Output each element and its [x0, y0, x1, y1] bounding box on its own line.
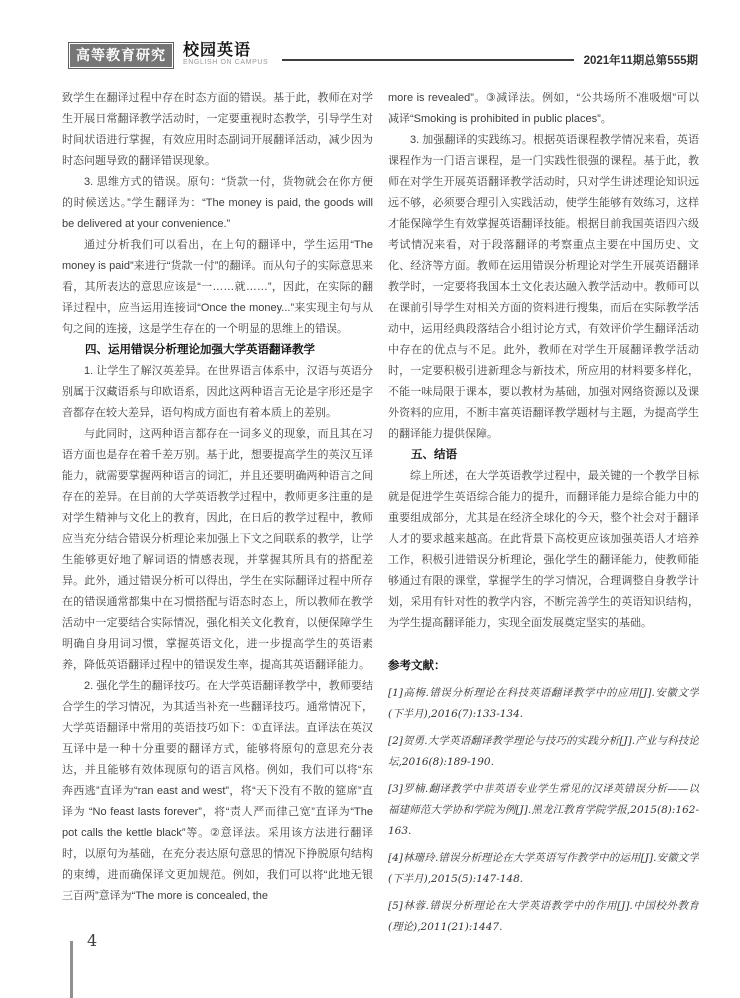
article-body: 致学生在翻译过程中存在时态方面的错误。基于此，教师在对学生开展日常翻译教学活动时…: [62, 88, 699, 940]
section-heading: 四、运用错误分析理论加强大学英语翻译教学: [62, 340, 373, 361]
reference-item: [3]罗楠.翻译教学中非英语专业学生常见的汉译英错误分析——以福建师范大学协和学…: [388, 779, 699, 842]
page-header: 高等教育研究 校园英语 ENGLISH ON CAMPUS 2021年11期总第…: [68, 42, 698, 69]
journal-title-block: 校园英语 ENGLISH ON CAMPUS: [183, 42, 268, 67]
paragraph: 与此同时，这两种语言都存在一词多义的现象，而且其在习语方面也是存在着千差万别。基…: [62, 424, 373, 676]
journal-title: 校园英语: [183, 42, 268, 59]
paragraph: 3. 加强翻译的实践练习。根据英语课程教学情况来看，英语课程作为一门语言课程，是…: [388, 130, 699, 445]
left-column: 致学生在翻译过程中存在时态方面的错误。基于此，教师在对学生开展日常翻译教学活动时…: [62, 88, 373, 940]
page-number: 4: [87, 931, 97, 950]
reference-item: [1]高梅.错误分析理论在科技英语翻译教学中的应用[J].安徽文学(下半月),2…: [388, 683, 699, 725]
reference-item: [5]林蓉.错误分析理论在大学英语教学中的作用[J].中国校外教育(理论),20…: [388, 896, 699, 938]
paragraph: 1. 让学生了解汉英差异。在世界语言体系中，汉语与英语分别属于汉藏语系与印欧语系…: [62, 361, 373, 424]
header-rule: [282, 59, 573, 61]
right-column: more is revealed”。③减译法。例如，“公共场所不准吸烟”可以减译…: [388, 88, 699, 940]
page-number-rule: [70, 941, 73, 998]
issue-label: 2021年11期总第555期: [584, 52, 698, 68]
section-heading: 五、结语: [388, 445, 699, 466]
paragraph: 2. 强化学生的翻译技巧。在大学英语翻译教学中，教师要结合学生的学习情况，为其适…: [62, 676, 373, 907]
paragraph: 综上所述，在大学英语教学过程中，最关键的一个教学目标就是促进学生英语综合能力的提…: [388, 466, 699, 634]
journal-subtitle: ENGLISH ON CAMPUS: [183, 59, 268, 67]
paragraph: more is revealed”。③减译法。例如，“公共场所不准吸烟”可以减译…: [388, 88, 699, 130]
references-heading: 参考文献：: [388, 656, 699, 677]
paragraph: 致学生在翻译过程中存在时态方面的错误。基于此，教师在对学生开展日常翻译教学活动时…: [62, 88, 373, 172]
paragraph: 3. 思维方式的错误。原句：“货款一付，货物就会在你方便的时候送达。”学生翻译为…: [62, 172, 373, 235]
reference-item: [4]林珊玲.错误分析理论在大学英语写作教学中的运用[J].安徽文学(下半月),…: [388, 848, 699, 890]
section-badge: 高等教育研究: [68, 42, 174, 69]
paragraph: 通过分析我们可以看出，在上句的翻译中，学生运用“The money is pai…: [62, 235, 373, 340]
reference-item: [2]贺勇.大学英语翻译教学理论与技巧的实践分析[J].产业与科技论坛,2016…: [388, 731, 699, 773]
